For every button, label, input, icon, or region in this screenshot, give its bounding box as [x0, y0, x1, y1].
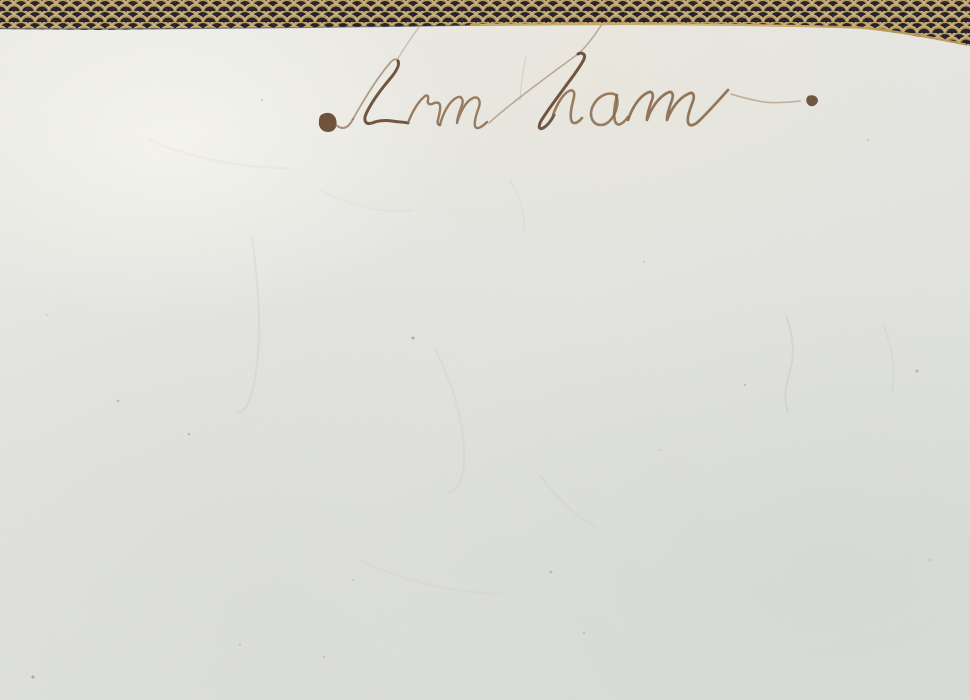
page-surface-overlay: [0, 0, 970, 700]
book-page-photo: Irnham: [0, 0, 970, 700]
gilt-edge-band: [0, 0, 970, 60]
inscription-start-blot: [319, 113, 337, 132]
paper-grain-texture: [0, 0, 970, 700]
